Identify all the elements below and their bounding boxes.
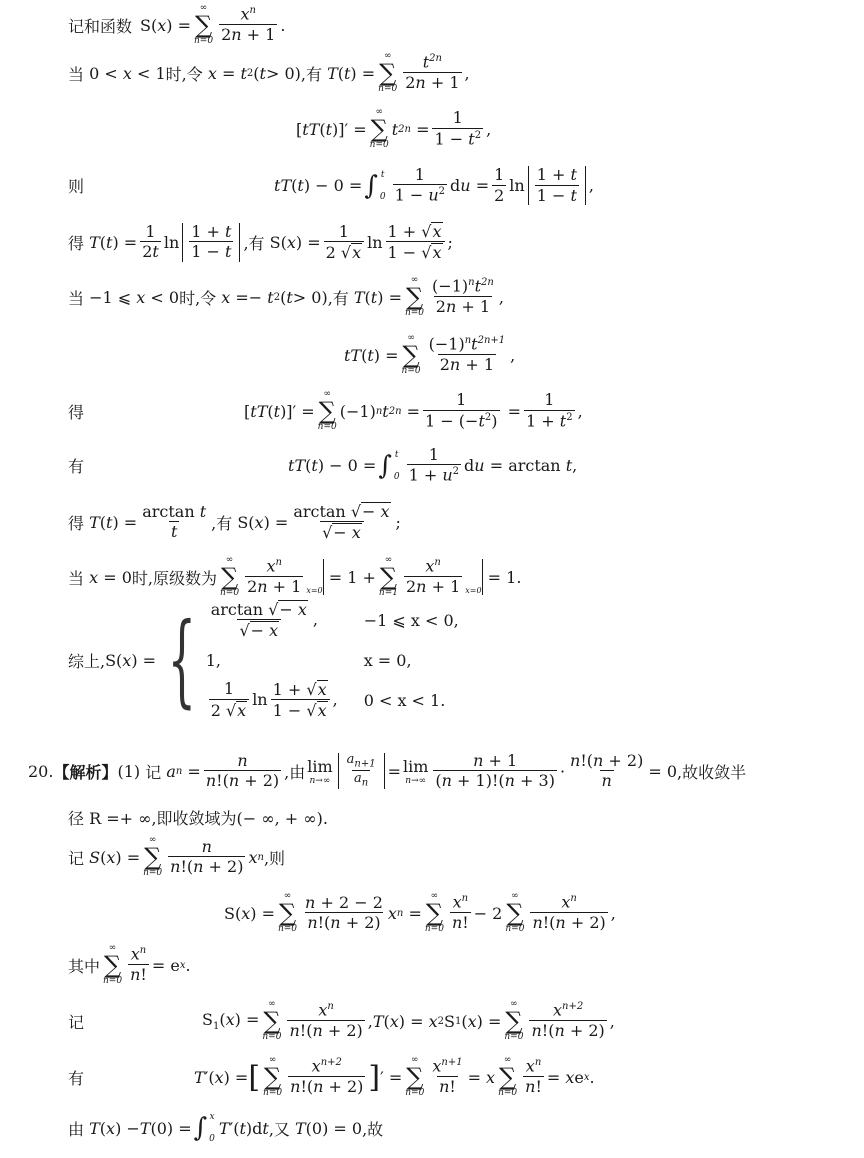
line-result-negative: 得 T(t) = arctan tt ,有 S(x) = arctan √− x… — [68, 502, 401, 543]
text: 记和函数 — [68, 14, 132, 37]
label: 有 — [68, 1066, 84, 1089]
label: 有 — [68, 454, 84, 477]
text: 当 — [68, 286, 84, 309]
text: ,有 — [243, 231, 264, 254]
text: 当 — [68, 62, 84, 85]
line-piecewise-summary: 综上,S(x) = { arctan √− x√− x, −1 ⩽ x < 0,… — [68, 600, 459, 721]
line-S-def: 记 S(x) = ∞∑n=0 nn!(n + 2)xn ,则 — [68, 836, 285, 878]
analysis-tag: 【解析】 — [53, 760, 117, 783]
sum-symbol: ∞∑n=0 — [194, 4, 213, 46]
label: 综上, — [68, 649, 105, 672]
label: 记 — [68, 1010, 84, 1033]
line-radius: 径 R =+ ∞,即收敛域为(− ∞, + ∞). — [68, 806, 328, 829]
case-1-cond: −1 ⩽ x < 0, — [364, 611, 459, 630]
line-sum-function-def: 记和函数 S(x) = ∞∑n=0 xn2n + 1. — [68, 4, 285, 46]
text: ,则 — [264, 846, 285, 869]
text: 时,令 — [166, 62, 203, 85]
line-T-derivative: 有 T′(x) = [ ∞∑n=0 xn+2n!(n + 2) ]′ = ∞∑n… — [68, 1056, 595, 1098]
text: 得 — [68, 511, 84, 534]
part-label: (1) — [117, 762, 140, 781]
line-S-split: S(x) = ∞∑n=0 n + 2 − 2n!(n + 2)xn = ∞∑n=… — [224, 892, 616, 934]
text: 时,令 — [179, 286, 216, 309]
line-tT-negative: tT(t) = ∞∑n=0 (−1)nt2n+12n + 1, — [344, 334, 515, 376]
text: ,故 — [362, 1117, 383, 1140]
line-case-zero: 当 x = 0 时,原级数为 ∞∑n=0 xn2n + 1 x=0 = 1 + … — [68, 556, 521, 598]
label: 得 — [68, 400, 84, 423]
text: 由 — [68, 1117, 84, 1140]
case-1-expr: arctan √− x√− x, — [206, 600, 338, 641]
line-S1-T-def: 记 S1(x) = ∞∑n=0 xnn!(n + 2),T(x) = x2S1(… — [68, 1000, 615, 1042]
text: 记 — [145, 760, 161, 783]
line-derivative-positive: [tT(t)]′ = ∞∑n=0 t2n = 11 − t2, — [296, 108, 491, 150]
text: ,有 — [211, 511, 232, 534]
line-result-positive: 得 T(t) = 12tln 1 + t1 − t ,有 S(x) = 12 √… — [68, 222, 453, 263]
line-exp-series: 其中 ∞∑n=0 xnn!= ex. — [68, 944, 191, 986]
left-brace: { — [168, 610, 197, 710]
text: 当 — [68, 566, 84, 589]
text: 其中 — [68, 954, 100, 977]
text: ,由 — [284, 760, 305, 783]
text: 径 R =+ ∞,即收敛域为(− ∞, + ∞). — [68, 806, 328, 829]
problem-20-header: 20. 【解析】 (1) 记 an = nn!(n + 2) ,由 limn→∞… — [28, 752, 746, 791]
line-integral-positive: 则 tT(t) − 0 = ∫t0 11 − u2du = 12ln 1 + t… — [68, 166, 688, 205]
line-case-negative: 当 −1 ⩽ x < 0 时,令 x =− t2(t > 0) ,有 T(t) … — [68, 276, 504, 318]
text: ,故收敛半 — [677, 760, 746, 783]
line-T-integral: 由 T(x) − T(0) = ∫x0 T′(t)dt ,又 T(0) = 0 … — [68, 1112, 383, 1144]
case-3-expr: 12 √xln1 + √x1 − √x, — [206, 680, 338, 721]
text: 时,原级数为 — [132, 566, 217, 589]
label: 则 — [68, 174, 84, 197]
text: 得 — [68, 231, 84, 254]
text: ,有 — [328, 286, 349, 309]
line-derivative-negative: 得 [tT(t)]′ = ∞∑n=0 (−1)nt2n = 11 − (−t2)… — [68, 390, 688, 432]
text: 记 — [68, 846, 84, 869]
problem-number: 20. — [28, 762, 53, 781]
line-integral-negative: 有 tT(t) − 0 = ∫t0 11 + u2du = arctan t, — [68, 446, 577, 485]
case-2-cond: x = 0, — [364, 651, 459, 670]
text: ,有 — [301, 62, 322, 85]
cases-table: arctan √− x√− x, −1 ⩽ x < 0, 1, x = 0, 1… — [206, 600, 459, 721]
case-3-cond: 0 < x < 1. — [364, 691, 459, 710]
line-case-positive: 当 0 < x < 1 时,令 x = t2(t > 0) ,有 T(t) = … — [68, 52, 470, 94]
case-2-expr: 1, — [206, 651, 338, 670]
text: ,又 — [269, 1117, 290, 1140]
